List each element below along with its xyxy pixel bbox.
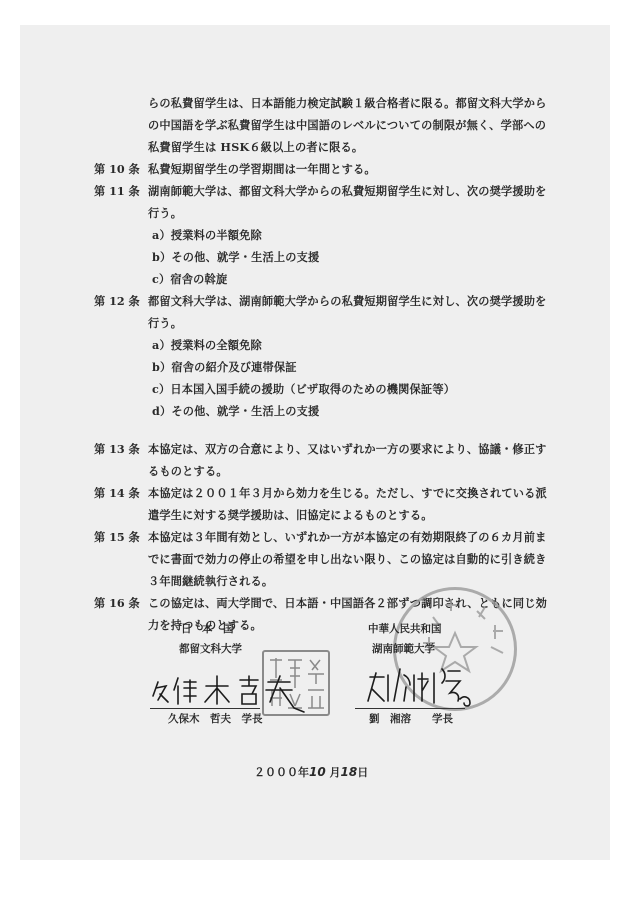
article-13-text-2: るものとする。 [148, 464, 228, 478]
date-day: 18 [341, 765, 358, 779]
intro-line-2: の中国語を学ぶ私費留学生は中国語のレベルについての制限が無く、学部への [148, 118, 546, 132]
article-12-label: 第 12 条 [94, 294, 140, 308]
japan-country: 日 本 国 [181, 621, 234, 636]
article-10-label: 第 10 条 [94, 162, 140, 176]
article-13-text-1: 本協定は、双方の合意により、又はいずれか一方の要求により、協議・修正す [148, 442, 547, 456]
japan-signature-icon [150, 672, 330, 712]
article-11-label: 第 11 条 [94, 184, 140, 198]
article-11-item-a: a）授業料の半額免除 [152, 228, 262, 242]
article-12-item-b: b）宿舎の紹介及び連帯保証 [152, 360, 297, 374]
signing-date: ２０００年10 月18日 [254, 764, 368, 780]
china-university: 湖南師範大学 [372, 641, 435, 656]
article-12-item-c: c）日本国入国手続の援助（ビザ取得のための機関保証等） [152, 382, 455, 396]
japan-university: 都留文科大学 [179, 641, 242, 656]
date-month: 10 [309, 765, 326, 779]
article-12-text-2: 行う。 [148, 316, 182, 330]
article-11-item-c: c）宿舎の斡旋 [152, 272, 227, 286]
article-14-text-2: 遣学生に対する奨学援助は、旧協定によるものとする。 [148, 508, 433, 522]
article-15-label: 第 15 条 [94, 530, 140, 544]
article-14-text-1: 本協定は２００１年３月から効力を生じる。ただし、すでに交換されている派 [148, 486, 547, 500]
article-15-text-3: ３年間継続執行される。 [148, 574, 273, 588]
intro-line-1: らの私費留学生は、日本語能力検定試験１級合格者に限る。都留文科大学から [148, 96, 547, 110]
date-day-suffix: 日 [357, 766, 368, 779]
article-12-text-1: 都留文科大学は、湖南師範大学からの私費短期留学生に対し、次の奨学援助を [148, 294, 547, 308]
article-15-text-2: でに書面で効力の停止の希望を申し出ない限り、この協定は自動的に引き続き [148, 552, 547, 566]
article-13-label: 第 13 条 [94, 442, 140, 456]
japan-name-title: 久保木 哲夫 学長 [168, 711, 263, 726]
article-11-item-b: b）その他、就学・生活上の支援 [152, 250, 319, 264]
article-11-text-1: 湖南師範大学は、都留文科大学からの私費短期留学生に対し、次の奨学援助を [148, 184, 547, 198]
article-15-text-1: 本協定は３年間有効とし、いずれか一方が本協定の有効期限終了の６カ月前ま [148, 530, 547, 544]
china-signature-line [355, 708, 465, 709]
date-month-suffix: 月 [326, 766, 341, 779]
china-name-title: 劉 湘溶 学長 [369, 711, 453, 726]
article-10-text: 私費短期留学生の学習期間は一年間とする。 [148, 162, 376, 176]
article-12-item-d: d）その他、就学・生活上の支援 [152, 404, 319, 418]
date-year: ２０００年 [254, 766, 309, 779]
china-country: 中華人民共和国 [368, 621, 442, 636]
article-14-label: 第 14 条 [94, 486, 140, 500]
article-12-item-a: a）授業料の全額免除 [152, 338, 262, 352]
intro-line-3: 私費留学生は HSK６級以上の者に限る。 [148, 140, 363, 154]
article-11-text-2: 行う。 [148, 206, 182, 220]
article-16-label: 第 16 条 [94, 596, 140, 610]
japan-signature-line [150, 708, 260, 709]
